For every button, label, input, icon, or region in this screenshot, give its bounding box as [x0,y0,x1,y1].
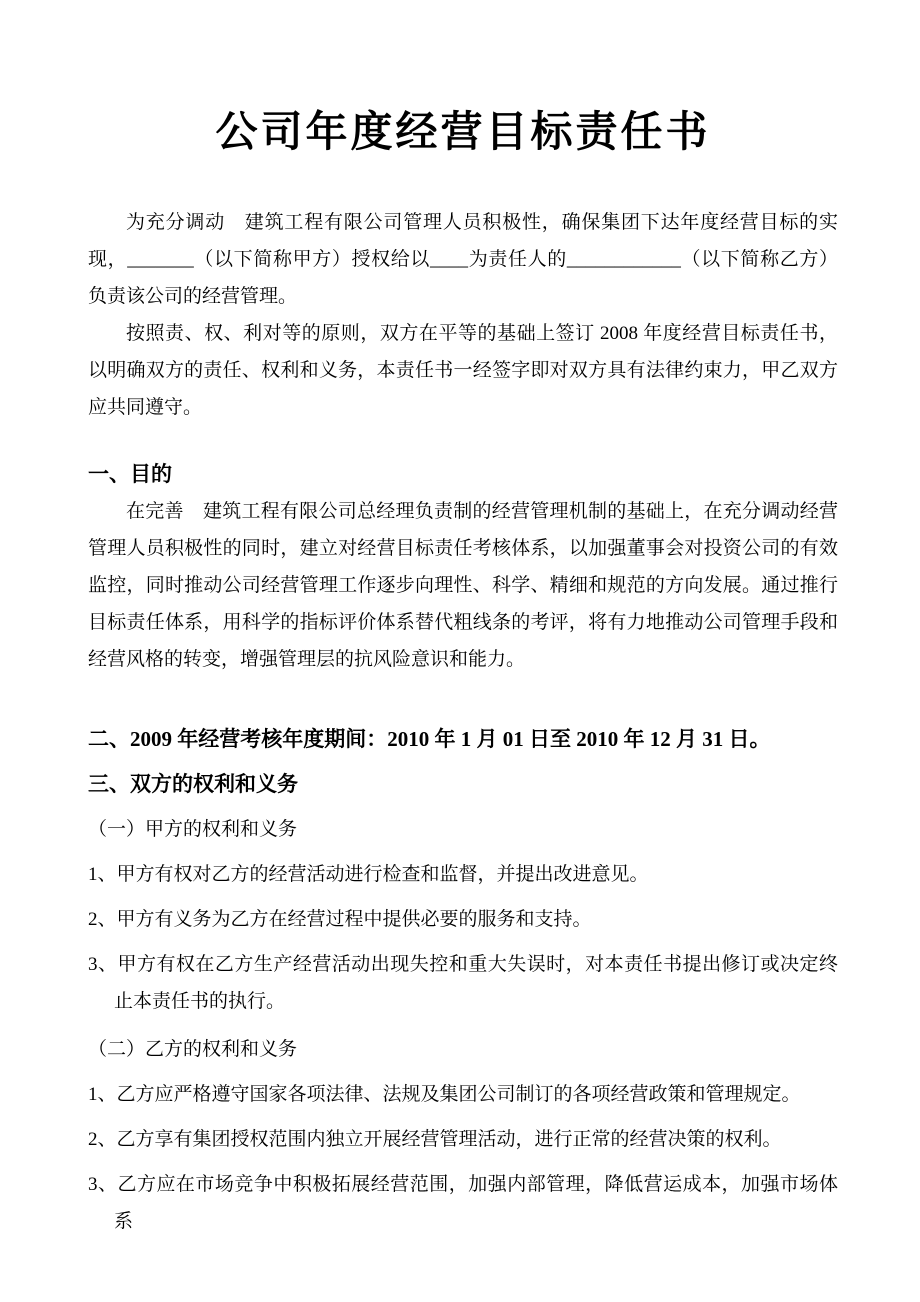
section-heading-assessment-period: 二、2009 年经营考核年度期间：2010 年 1 月 01 日至 2010 年… [88,721,838,758]
party-a-item-2: 2、甲方有义务为乙方在经营过程中提供必要的服务和支持。 [88,901,838,938]
subsection-heading-party-b: （二）乙方的权利和义务 [88,1031,838,1068]
subsection-heading-party-a: （一）甲方的权利和义务 [88,811,838,848]
section-heading-rights-obligations: 三、双方的权利和义务 [88,766,838,803]
document-page: 公司年度经营目标责任书 为充分调动 建筑工程有限公司管理人员积极性，确保集团下达… [0,0,920,1302]
document-title: 公司年度经营目标责任书 [88,0,838,158]
party-a-item-3: 3、甲方有权在乙方生产经营活动出现失控和重大失误时，对本责任书提出修订或决定终止… [88,946,838,1020]
section-heading-purpose: 一、目的 [88,456,838,493]
party-b-item-1: 1、乙方应严格遵守国家各项法律、法规及集团公司制订的各项经营政策和管理规定。 [88,1076,838,1113]
party-b-item-3: 3、乙方应在市场竞争中积极拓展经营范围，加强内部管理，降低营运成本，加强市场体系 [88,1166,838,1240]
intro-paragraph-2: 按照责、权、利对等的原则，双方在平等的基础上签订 2008 年度经营目标责任书，… [88,315,838,426]
party-b-item-2: 2、乙方享有集团授权范围内独立开展经营管理活动，进行正常的经营决策的权利。 [88,1121,838,1158]
purpose-body-paragraph: 在完善 建筑工程有限公司总经理负责制的经营管理机制的基础上，在充分调动经营管理人… [88,493,838,678]
intro-paragraph-1: 为充分调动 建筑工程有限公司管理人员积极性，确保集团下达年度经营目标的实现，__… [88,204,838,315]
party-a-item-1: 1、甲方有权对乙方的经营活动进行检查和监督，并提出改进意见。 [88,856,838,893]
document-content: 公司年度经营目标责任书 为充分调动 建筑工程有限公司管理人员积极性，确保集团下达… [88,0,838,1240]
